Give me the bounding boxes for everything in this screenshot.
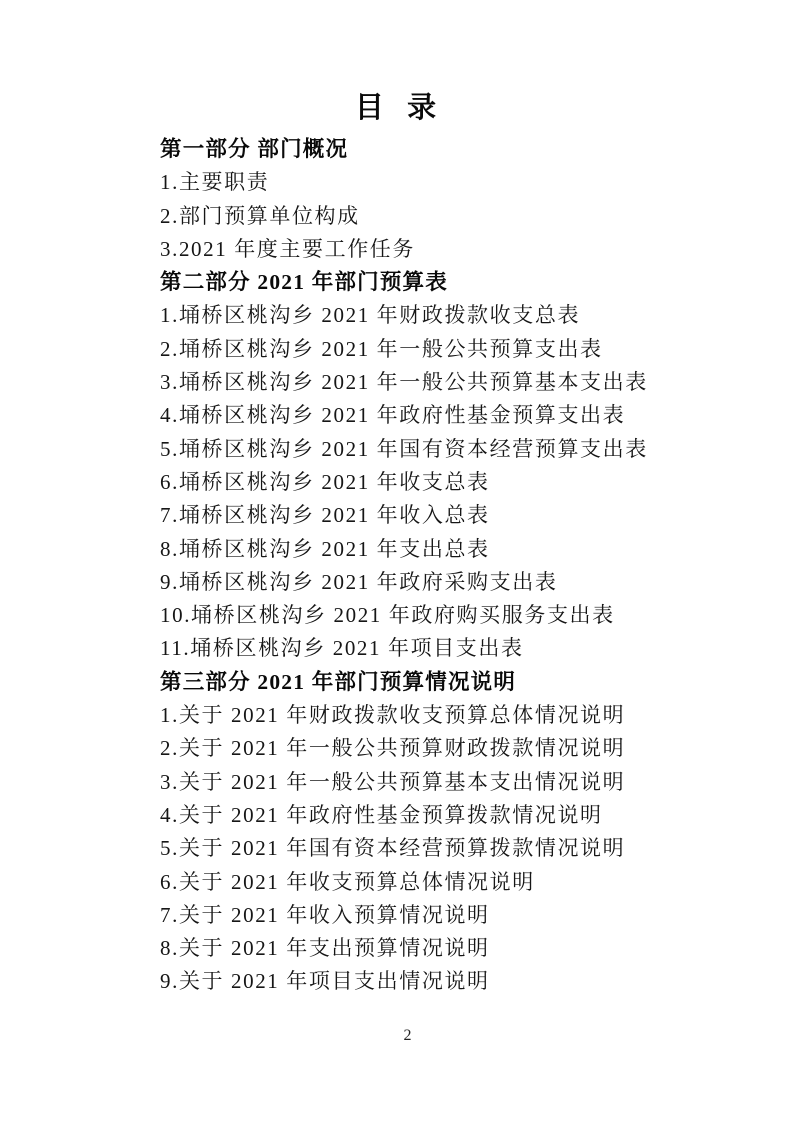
toc-item: 3.关于 2021 年一般公共预算基本支出情况说明 bbox=[160, 766, 680, 799]
toc-item: 8.关于 2021 年支出预算情况说明 bbox=[160, 932, 680, 965]
page-title: 目 录 bbox=[0, 88, 793, 128]
toc-item: 3.2021 年度主要工作任务 bbox=[160, 233, 680, 266]
document-page: 目 录 第一部分 部门概况 1.主要职责 2.部门预算单位构成 3.2021 年… bbox=[0, 0, 793, 1122]
toc-item: 7.埇桥区桃沟乡 2021 年收入总表 bbox=[160, 499, 680, 532]
toc-item: 6.埇桥区桃沟乡 2021 年收支总表 bbox=[160, 466, 680, 499]
toc-item: 4.关于 2021 年政府性基金预算拨款情况说明 bbox=[160, 799, 680, 832]
toc-item: 2.埇桥区桃沟乡 2021 年一般公共预算支出表 bbox=[160, 333, 680, 366]
toc-item: 4.埇桥区桃沟乡 2021 年政府性基金预算支出表 bbox=[160, 399, 680, 432]
table-of-contents: 第一部分 部门概况 1.主要职责 2.部门预算单位构成 3.2021 年度主要工… bbox=[160, 133, 680, 999]
toc-item: 2.关于 2021 年一般公共预算财政拨款情况说明 bbox=[160, 732, 680, 765]
section-heading-part3: 第三部分 2021 年部门预算情况说明 bbox=[160, 666, 680, 699]
toc-item: 5.关于 2021 年国有资本经营预算拨款情况说明 bbox=[160, 832, 680, 865]
toc-item: 9.埇桥区桃沟乡 2021 年政府采购支出表 bbox=[160, 566, 680, 599]
toc-item: 1.埇桥区桃沟乡 2021 年财政拨款收支总表 bbox=[160, 299, 680, 332]
toc-item: 2.部门预算单位构成 bbox=[160, 200, 680, 233]
toc-item: 5.埇桥区桃沟乡 2021 年国有资本经营预算支出表 bbox=[160, 433, 680, 466]
section-heading-part2: 第二部分 2021 年部门预算表 bbox=[160, 266, 680, 299]
toc-item: 11.埇桥区桃沟乡 2021 年项目支出表 bbox=[160, 632, 680, 665]
toc-item: 6.关于 2021 年收支预算总体情况说明 bbox=[160, 866, 680, 899]
page-number: 2 bbox=[0, 1026, 793, 1046]
section-heading-part1: 第一部分 部门概况 bbox=[160, 133, 680, 166]
toc-item: 1.关于 2021 年财政拨款收支预算总体情况说明 bbox=[160, 699, 680, 732]
toc-item: 10.埇桥区桃沟乡 2021 年政府购买服务支出表 bbox=[160, 599, 680, 632]
toc-item: 7.关于 2021 年收入预算情况说明 bbox=[160, 899, 680, 932]
toc-item: 1.主要职责 bbox=[160, 166, 680, 199]
toc-item: 8.埇桥区桃沟乡 2021 年支出总表 bbox=[160, 533, 680, 566]
toc-item: 3.埇桥区桃沟乡 2021 年一般公共预算基本支出表 bbox=[160, 366, 680, 399]
toc-item: 9.关于 2021 年项目支出情况说明 bbox=[160, 965, 680, 998]
